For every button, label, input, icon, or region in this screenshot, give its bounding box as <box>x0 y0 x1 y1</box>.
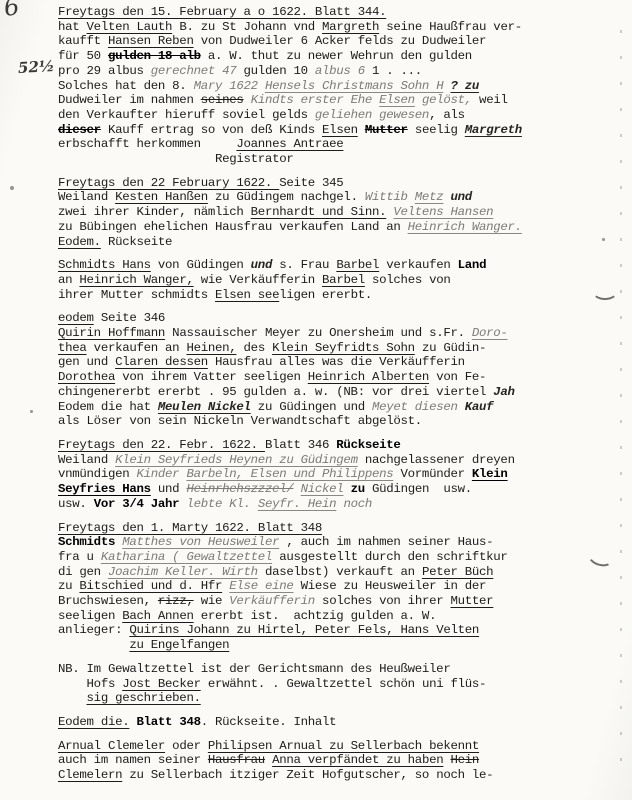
text-segment: Blatt 346 <box>265 438 336 452</box>
document-line: kaufft Hansen Reben von Dudweiler 6 Acke… <box>58 34 628 49</box>
paragraph: NB. Im Gewaltzettel ist der Gerichtsmann… <box>58 662 628 706</box>
document-line: sig geschrieben. <box>58 691 628 706</box>
document-line: zu Bitschied und d. Hfr Else eine Wiese … <box>58 579 628 594</box>
document-line: Freytags den 22 February 1622. Seite 345 <box>58 176 628 191</box>
text-segment: Seite 346 <box>94 311 165 325</box>
text-segment: Vor 3/4 Jahr <box>94 497 180 511</box>
document-line: zu Engelfangen <box>58 638 628 653</box>
text-segment: oder <box>165 739 208 753</box>
document-line: Bruchswiesen, rizz, wie Verkäufferin sol… <box>58 594 628 609</box>
text-segment: Schmidts Hans <box>58 258 151 272</box>
text-segment: Elsen see <box>215 288 279 302</box>
text-segment: zu Engelfangen <box>129 638 229 652</box>
text-segment: Schmidts <box>58 535 122 549</box>
text-segment: Kindts erster Ehe <box>251 93 379 107</box>
text-segment: di gen <box>58 565 108 579</box>
text-segment: hat <box>58 20 87 34</box>
text-segment: Arnual Clemeler <box>58 739 165 753</box>
text-segment: Elsen <box>379 93 415 107</box>
text-segment: Margreth <box>322 20 379 34</box>
text-segment: an <box>58 273 79 287</box>
scan-speck <box>602 238 605 241</box>
text-segment: gerechnet 47 <box>151 64 244 78</box>
text-segment: Bruchswiesen, <box>58 594 158 608</box>
margin-annotation-sum: 52½ <box>18 59 55 76</box>
text-segment: gulden 10 <box>244 64 315 78</box>
document-body: Freytags den 15. February a o 1622. Blat… <box>58 5 628 792</box>
text-segment: gen und <box>58 355 115 369</box>
document-line: zu Bübingen ehelichen Hausfrau verkaufen… <box>58 220 628 235</box>
text-segment: Blatt 348 <box>137 715 201 729</box>
text-segment: Heinrich Wanger. <box>408 220 522 234</box>
text-segment: Philipsen Arnual zu Sellerbach bekennt <box>208 739 479 753</box>
text-segment: weil <box>472 93 508 107</box>
text-segment: vnmündigen <box>58 467 137 481</box>
text-segment: Nassauischer Meyer zu Onersheim und s.Fr… <box>165 326 472 340</box>
text-segment: zu Güdin- <box>415 341 486 355</box>
text-segment: wie Verkäufferin <box>194 273 322 287</box>
text-segment: Solches hat den 8. <box>58 79 194 93</box>
document-line: Eodem die hat Meulen Nickel zu Güdingen … <box>58 400 628 415</box>
text-segment: wie <box>194 594 230 608</box>
text-segment: pro 29 albus <box>58 64 151 78</box>
document-line: thea verkaufen an Heinen, des Klein Seyf… <box>58 341 628 356</box>
paragraph: Freytags den 22 February 1622. Seite 345… <box>58 176 628 250</box>
document-line: zwei ihrer Kinder, nämlich Bernhardt und… <box>58 205 628 220</box>
text-segment: Verkäufferin <box>229 594 315 608</box>
text-segment: Anna verpfändet zu haben <box>272 753 443 767</box>
document-line: ihrer Mutter schmidts Elsen seeligen ere… <box>58 288 628 303</box>
text-segment: chingenererbt ererbt . 95 gulden a. w. (… <box>58 385 493 399</box>
text-segment: Kauf <box>465 400 494 414</box>
text-segment: ligen ererbt. <box>279 288 372 302</box>
scanned-document-page: 6 52½ Freytags den 15. February a o 1622… <box>0 0 632 800</box>
text-segment: Heinrich Wanger, <box>79 273 193 287</box>
document-line: den Verkaufter hieruff soviel gelds geli… <box>58 108 628 123</box>
text-segment: 1 . ... <box>365 64 422 78</box>
text-segment: dieser <box>58 123 101 137</box>
text-segment: zu <box>351 482 365 496</box>
text-segment: Peter Büch <box>422 565 493 579</box>
text-segment: Jah <box>493 385 514 399</box>
document-line: Dudweiler im nahmen seines Kindts erster… <box>58 93 628 108</box>
text-segment: daselbst) verkauft an <box>258 565 422 579</box>
text-segment: Bitschied und d. Hfr <box>79 579 222 593</box>
text-segment: und <box>251 258 272 272</box>
text-segment: Bach Annen <box>122 609 193 623</box>
text-segment: Doro- <box>472 326 508 340</box>
text-segment: Meyet diesen <box>372 400 465 414</box>
text-segment: Barbel <box>322 273 365 287</box>
text-segment: Hensels Christmans Sohn H <box>265 79 443 93</box>
text-segment: Matthes von Heusweiler <box>122 535 279 549</box>
text-segment: Bernhardt und Sinn. <box>251 205 387 219</box>
document-line: als Löser von sein Nickeln Verwandtschaf… <box>58 414 628 429</box>
scan-edge-artifact <box>620 30 622 780</box>
text-segment: auch im namen seiner <box>58 753 208 767</box>
text-segment: solches von <box>365 273 451 287</box>
text-segment: gulden 18 alb <box>108 49 201 63</box>
text-segment: erwähnt. . Gewaltzettel schön uni flüs- <box>201 677 486 691</box>
document-line: Clemelern zu Sellerbach itziger Zeit Hof… <box>58 768 628 783</box>
text-segment: verkaufen <box>379 258 458 272</box>
text-segment: ihrer Mutter schmidts <box>58 288 215 302</box>
text-segment: Hausfrau alles was die Verkäufferin <box>208 355 465 369</box>
text-segment: des <box>236 341 272 355</box>
text-segment: seelig <box>408 123 465 137</box>
text-segment: Mutter <box>451 594 494 608</box>
text-segment: ? zu <box>450 79 479 93</box>
document-line: NB. Im Gewaltzettel ist der Gerichtsmann… <box>58 662 628 677</box>
document-line: Schmidts Matthes von Heusweiler , auch i… <box>58 535 628 550</box>
text-segment: Wiese zu Heusweiler in der <box>294 579 487 593</box>
text-segment: kaufft <box>58 34 108 48</box>
text-segment: eodem <box>58 311 94 325</box>
text-segment: lebte Kl. <box>186 497 257 511</box>
text-segment: Barbeln, Elsen und Philippens <box>186 467 393 481</box>
text-segment: den Verkaufter hieruff soviel gelds <box>58 108 315 122</box>
text-segment: Seyfr. Hein <box>258 497 337 511</box>
text-segment: Velten Lauth <box>87 20 173 34</box>
document-line: Seyfries Hans und Heinrhehszzzel/ Nickel… <box>58 482 628 497</box>
document-line: Freytags den 1. Marty 1622. Blatt 348 <box>58 521 628 536</box>
paragraph: Schmidts Hans von Güdingen und s. Frau B… <box>58 258 628 302</box>
document-line: usw. Vor 3/4 Jahr lebte Kl. Seyfr. Hein … <box>58 497 628 512</box>
text-segment: Freytags den 22. Febr. 1622. <box>58 438 265 452</box>
text-segment: Weiland <box>58 190 115 204</box>
document-line: hat Velten Lauth B. zu St Johann vnd Mar… <box>58 20 628 35</box>
paragraph: Freytags den 15. February a o 1622. Blat… <box>58 5 628 167</box>
document-line: di gen Joachim Keller. Wirth daselbst) v… <box>58 565 628 580</box>
text-segment: Seite 345 <box>279 176 343 190</box>
text-segment: zu Güdingem nachgel. <box>208 190 365 204</box>
text-segment: Kinder <box>137 467 187 481</box>
text-segment: Jost Becker <box>122 677 201 691</box>
text-segment: Barbel <box>336 258 379 272</box>
text-segment: ausgestellt durch den schriftkur <box>272 550 507 564</box>
text-segment: Mutter <box>365 123 408 137</box>
text-segment: Joannes Antraee <box>236 137 343 151</box>
document-line: Dorothea von ihrem Vatter seeligen Heinr… <box>58 370 628 385</box>
text-segment: Rückseite <box>101 235 172 249</box>
text-segment: für 50 <box>58 49 108 63</box>
text-segment: Wittib <box>365 190 415 204</box>
text-segment: von Dudweiler 6 Acker felds zu Dudweiler <box>194 34 487 48</box>
document-line: Freytags den 15. February a o 1622. Blat… <box>58 5 628 20</box>
margin-annotation-page-number: 6 <box>3 0 20 16</box>
text-segment: gelöst, <box>415 93 472 107</box>
text-segment: rizz, <box>158 594 194 608</box>
text-segment: Quirins Johann zu Hirtel, Peter Fels, Ha… <box>129 623 479 637</box>
text-segment: B. zu St Johann vnd <box>172 20 322 34</box>
text-segment: Vormünder <box>393 467 472 481</box>
text-segment: zu Bübingen ehelichen Hausfrau verkaufen… <box>58 220 408 234</box>
text-segment: Heinrhehszzzel/ <box>186 482 293 496</box>
text-segment: Klein Seyfrieds Heynen zu Güdingem <box>115 453 358 467</box>
paragraph: Arnual Clemeler oder Philipsen Arnual zu… <box>58 739 628 783</box>
document-line: Hofs Jost Becker erwähnt. . Gewaltzettel… <box>58 677 628 692</box>
text-segment: albus 6 <box>315 64 365 78</box>
text-segment: Blatt 348 <box>258 521 322 535</box>
paragraph: Freytags den 22. Febr. 1622. Blatt 346 R… <box>58 438 628 512</box>
text-segment: Veltens Hansen <box>393 205 493 219</box>
paragraph: eodem Seite 346Quirin Hoffmann Nassauisc… <box>58 311 628 429</box>
text-segment: Dorothea <box>58 370 115 384</box>
document-line: eodem Seite 346 <box>58 311 628 326</box>
text-segment <box>58 691 87 705</box>
text-segment: zu Sellerbach itziger Zeit Hofgutscher, … <box>122 768 493 782</box>
text-segment: als Löser von sein Nickeln Verwandtschaf… <box>58 414 422 428</box>
text-segment: geliehen gewesen <box>315 108 429 122</box>
text-segment: Weiland <box>58 453 115 467</box>
text-segment: Elsen <box>322 123 358 137</box>
text-segment: noch <box>336 497 372 511</box>
document-line: Schmidts Hans von Güdingen und s. Frau B… <box>58 258 628 273</box>
document-line: für 50 gulden 18 alb a. W. thut zu newer… <box>58 49 628 64</box>
text-segment: Seyfries Hans <box>58 482 151 496</box>
document-line: an Heinrich Wanger, wie Verkäufferin Bar… <box>58 273 628 288</box>
document-line: Arnual Clemeler oder Philipsen Arnual zu… <box>58 739 628 754</box>
text-segment: von Güdingen <box>151 258 251 272</box>
text-segment: Hansen Reben <box>108 34 194 48</box>
text-segment: NB. Im Gewaltzettel ist der Gerichtsmann… <box>58 662 450 676</box>
text-segment: seines <box>201 93 244 107</box>
text-segment: , auch im nahmen seiner Haus- <box>279 535 493 549</box>
text-segment: Eodem die. <box>58 715 129 729</box>
document-line: Weiland Klein Seyfrieds Heynen zu Güding… <box>58 453 628 468</box>
text-segment: Hofs <box>58 677 122 691</box>
text-segment: erbschafft herkommen <box>58 137 236 151</box>
paragraph: Eodem die. Blatt 348. Rückseite. Inhalt <box>58 715 628 730</box>
text-segment: Freytags den 15. February a o 1622. <box>58 5 315 19</box>
text-segment: Rückseite <box>336 438 400 452</box>
text-segment: Kauff ertrag so von deß Kinds <box>101 123 322 137</box>
text-segment: anlieger: <box>58 623 129 637</box>
text-segment: Hein <box>451 753 480 767</box>
document-line: fra u Katharina ( Gewaltzettel ausgestel… <box>58 550 628 565</box>
text-segment: Kesten Hanßen <box>115 190 208 204</box>
text-segment: und <box>450 190 471 204</box>
text-segment: Eodem. <box>58 235 101 249</box>
text-segment <box>443 753 450 767</box>
document-line: Freytags den 22. Febr. 1622. Blatt 346 R… <box>58 438 628 453</box>
text-segment: Land <box>458 258 487 272</box>
text-segment: von ihrem Vatter seeligen <box>115 370 308 384</box>
document-line: anlieger: Quirins Johann zu Hirtel, Pete… <box>58 623 628 638</box>
text-segment: ererbt ist. achtzig gulden a. W. <box>194 609 437 623</box>
text-segment: Clemelern <box>58 768 122 782</box>
text-segment: Else eine <box>229 579 293 593</box>
document-line: vnmündigen Kinder Barbeln, Elsen und Phi… <box>58 467 628 482</box>
text-segment: Hausfrau <box>208 753 265 767</box>
text-segment: Eodem die hat <box>58 400 158 414</box>
document-line: dieser Kauff ertrag so von deß Kinds Els… <box>58 123 628 138</box>
pen-mark <box>592 282 618 300</box>
text-segment: zwei ihrer Kinder, nämlich <box>58 205 251 219</box>
text-segment: nachgelassener dreyen <box>358 453 515 467</box>
text-segment: Joachim Keller. Wirth <box>108 565 258 579</box>
text-segment: Blatt 344. <box>315 5 386 19</box>
text-segment <box>343 482 350 496</box>
text-segment <box>294 482 301 496</box>
text-segment: seeligen <box>58 609 122 623</box>
text-segment: Nickel <box>301 482 344 496</box>
text-segment: Mary 1622 <box>194 79 265 93</box>
text-segment <box>58 638 129 652</box>
text-segment: Heinrich Alberten <box>308 370 429 384</box>
text-segment: Klein <box>472 467 508 481</box>
text-segment <box>244 93 251 107</box>
text-segment: solches von ihrer <box>315 594 451 608</box>
text-segment: , als <box>429 108 465 122</box>
text-segment: thea <box>58 341 87 355</box>
text-segment: Dudweiler im nahmen <box>58 93 201 107</box>
document-line: seeligen Bach Annen ererbt ist. achtzig … <box>58 609 628 624</box>
document-line: chingenererbt ererbt . 95 gulden a. w. (… <box>58 385 628 400</box>
text-segment: s. Frau <box>272 258 336 272</box>
text-segment: Güdingen usw. <box>365 482 472 496</box>
document-line: Quirin Hoffmann Nassauischer Meyer zu On… <box>58 326 628 341</box>
document-line: gen und Claren dessen Hausfrau alles was… <box>58 355 628 370</box>
document-line: Registrator <box>58 152 628 167</box>
text-segment: verkaufen an <box>87 341 187 355</box>
text-segment <box>129 715 136 729</box>
text-segment: a. W. thut zu newer Wehrun den gulden <box>201 49 472 63</box>
text-segment: fra u <box>58 550 101 564</box>
document-line: erbschafft herkommen Joannes Antraee <box>58 137 628 152</box>
text-segment: Claren dessen <box>115 355 208 369</box>
document-line: Solches hat den 8. Mary 1622 Hensels Chr… <box>58 79 628 94</box>
document-line: Weiland Kesten Hanßen zu Güdingem nachge… <box>58 190 628 205</box>
text-segment: Metz <box>415 190 444 204</box>
scan-speck <box>10 186 14 190</box>
paragraph: Freytags den 1. Marty 1622. Blatt 348Sch… <box>58 521 628 653</box>
scan-speck <box>30 410 33 413</box>
text-segment: Freytags den 1. Marty 1622. <box>58 521 258 535</box>
text-segment <box>358 123 365 137</box>
document-line: auch im namen seiner Hausfrau Anna verpf… <box>58 753 628 768</box>
text-segment: zu Güdingen und <box>251 400 372 414</box>
text-segment: Freytags den 22 February 1622. <box>58 176 279 190</box>
text-segment: usw. <box>58 497 94 511</box>
text-segment: Registrator <box>58 152 293 166</box>
text-segment: Klein Seyfridts Sohn <box>272 341 415 355</box>
document-line: pro 29 albus gerechnet 47 gulden 10 albu… <box>58 64 628 79</box>
text-segment: . Rückseite. Inhalt <box>201 715 337 729</box>
text-segment: von Fe- <box>429 370 486 384</box>
document-line: Eodem. Rückseite <box>58 235 628 250</box>
text-segment: zu <box>58 579 79 593</box>
text-segment: sig geschrieben. <box>87 691 201 705</box>
text-segment: Heinen, <box>186 341 236 355</box>
text-segment: und <box>151 482 187 496</box>
text-segment: Quirin Hoffmann <box>58 326 165 340</box>
text-segment: seine Haußfrau ver- <box>379 20 522 34</box>
text-segment: Katharina ( Gewaltzettel <box>101 550 272 564</box>
document-line: Eodem die. Blatt 348. Rückseite. Inhalt <box>58 715 628 730</box>
text-segment: Meulen Nickel <box>158 400 251 414</box>
text-segment: Margreth <box>465 123 522 137</box>
